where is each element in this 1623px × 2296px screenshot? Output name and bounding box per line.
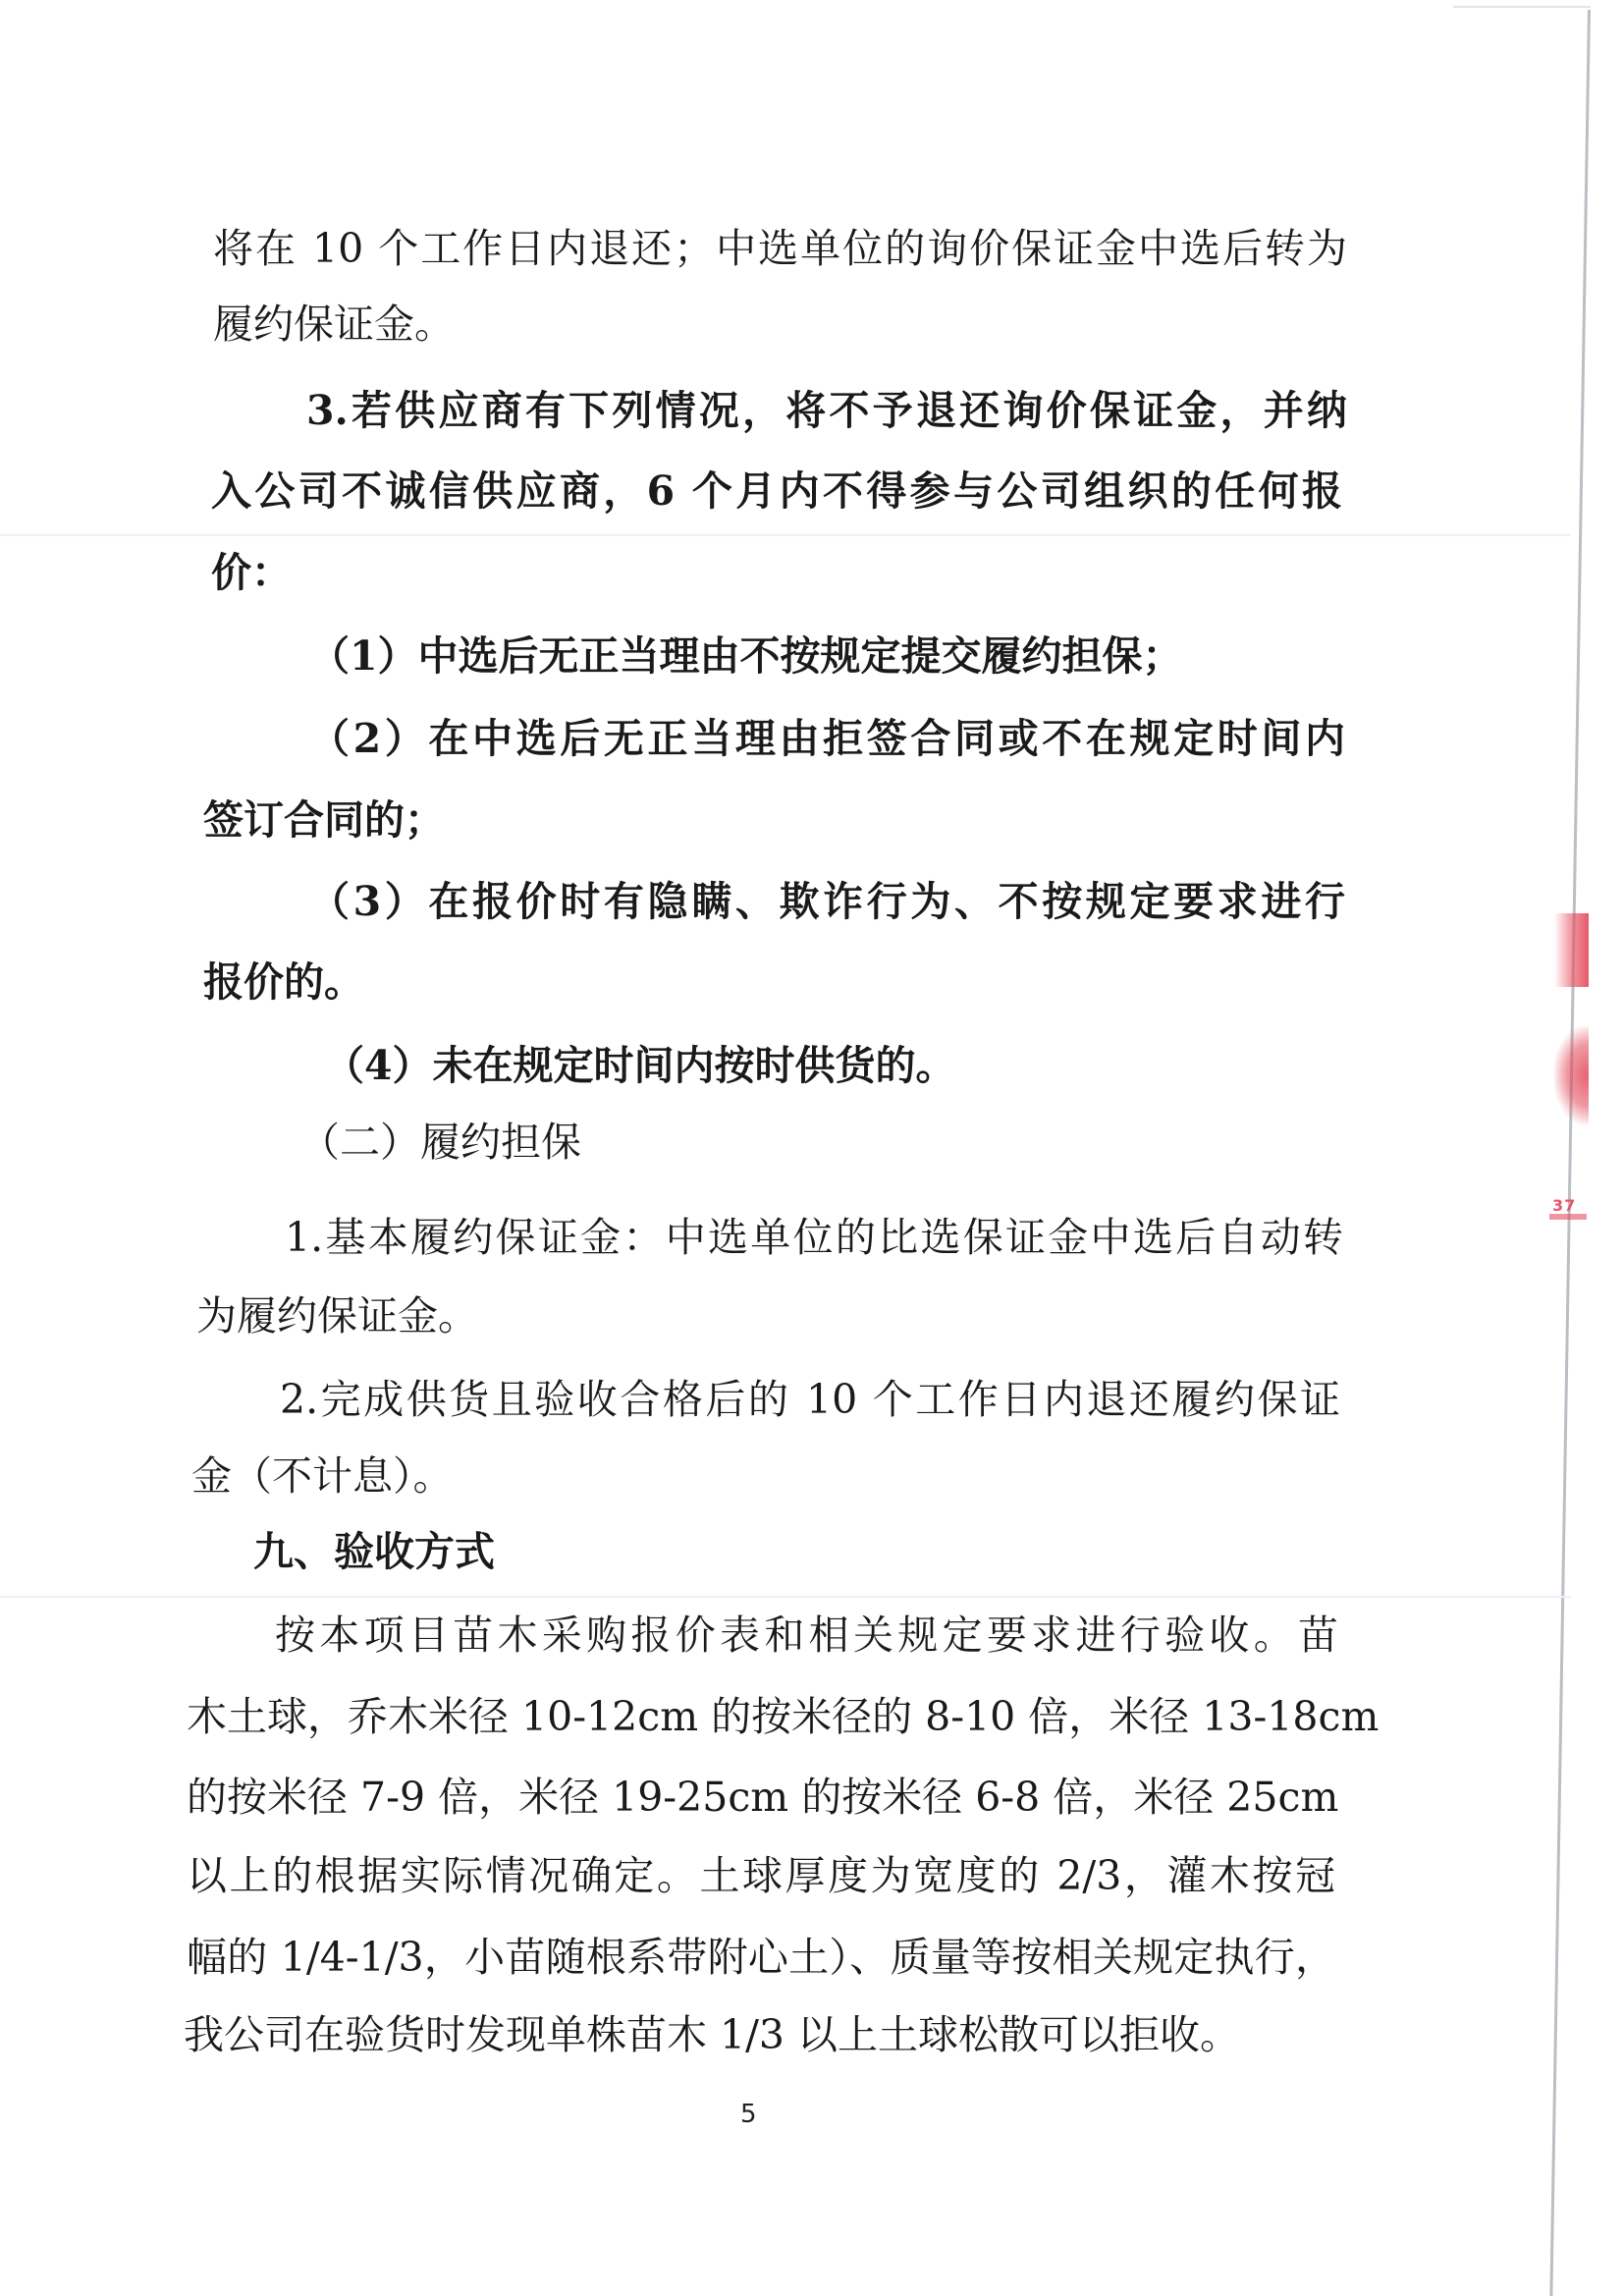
section-2-heading: （二）履约担保 <box>299 1113 581 1172</box>
clause-3-line-1: 3.若供应商有下列情况，将不予退还询价保证金，并纳 <box>306 381 1347 440</box>
acceptance-line-5: 幅的 1/4-1/3，小苗随根系带附心土）、质量等按相关规定执行， <box>187 1928 1335 1987</box>
red-seal-stamp-fragment <box>1554 913 1589 987</box>
page-top-edge <box>1453 6 1591 8</box>
item-2-line-1: （2）在中选后无正当理由拒签合同或不在规定时间内 <box>309 709 1345 768</box>
performance-1-line-2: 为履约保证金。 <box>196 1286 478 1345</box>
section-9-heading: 九、验收方式 <box>253 1522 495 1581</box>
clause-3-line-3: 价： <box>211 543 292 602</box>
item-3-line-1: （3）在报价时有隐瞒、欺诈行为、不按规定要求进行 <box>309 872 1345 931</box>
item-2-line-2: 签订合同的； <box>203 791 445 849</box>
red-seal-stamp-number: 37 <box>1552 1196 1576 1215</box>
item-4: （4）未在规定时间内按时供货的。 <box>324 1036 956 1095</box>
item-3-line-2: 报价的。 <box>203 953 364 1011</box>
acceptance-line-4: 以上的根据实际情况确定。土球厚度为宽度的 2/3，灌木按冠 <box>187 1846 1335 1905</box>
document-page: 将在 10 个工作日内退还；中选单位的询价保证金中选后转为 履约保证金。 3.若… <box>0 0 1623 2296</box>
acceptance-line-3: 的按米径 7-9 倍，米径 19-25cm 的按米径 6-8 倍，米径 25cm <box>187 1768 1338 1827</box>
performance-2-line-1: 2.完成供货且验收合格后的 10 个工作日内退还履约保证 <box>280 1370 1340 1429</box>
performance-2-line-2: 金（不计息）。 <box>191 1447 454 1505</box>
red-seal-stamp-fragment <box>1549 1214 1587 1220</box>
acceptance-line-2: 木土球，乔木米径 10-12cm 的按米径的 8-10 倍，米径 13-18cm <box>187 1687 1338 1746</box>
clause-3-line-2: 入公司不诚信供应商，6 个月内不得参与公司组织的任何报 <box>211 462 1342 520</box>
body-line-1: 将在 10 个工作日内退还；中选单位的询价保证金中选后转为 <box>213 219 1347 278</box>
page-number: 5 <box>740 2100 757 2129</box>
red-seal-stamp-fragment <box>1554 1026 1589 1124</box>
acceptance-line-6: 我公司在验货时发现单株苗木 1/3 以上土球松散可以拒收。 <box>184 2005 1240 2064</box>
body-line-2: 履约保证金。 <box>213 295 455 354</box>
bleed-through-line <box>0 534 1571 536</box>
item-1: （1）中选后无正当理由不按规定提交履约担保； <box>309 627 1183 685</box>
performance-1-line-1: 1.基本履约保证金：中选单位的比选保证金中选后自动转 <box>285 1208 1343 1267</box>
acceptance-line-1: 按本项目苗木采购报价表和相关规定要求进行验收。苗 <box>275 1606 1338 1665</box>
page-right-edge <box>1549 10 1591 2296</box>
bleed-through-line <box>0 1596 1571 1598</box>
